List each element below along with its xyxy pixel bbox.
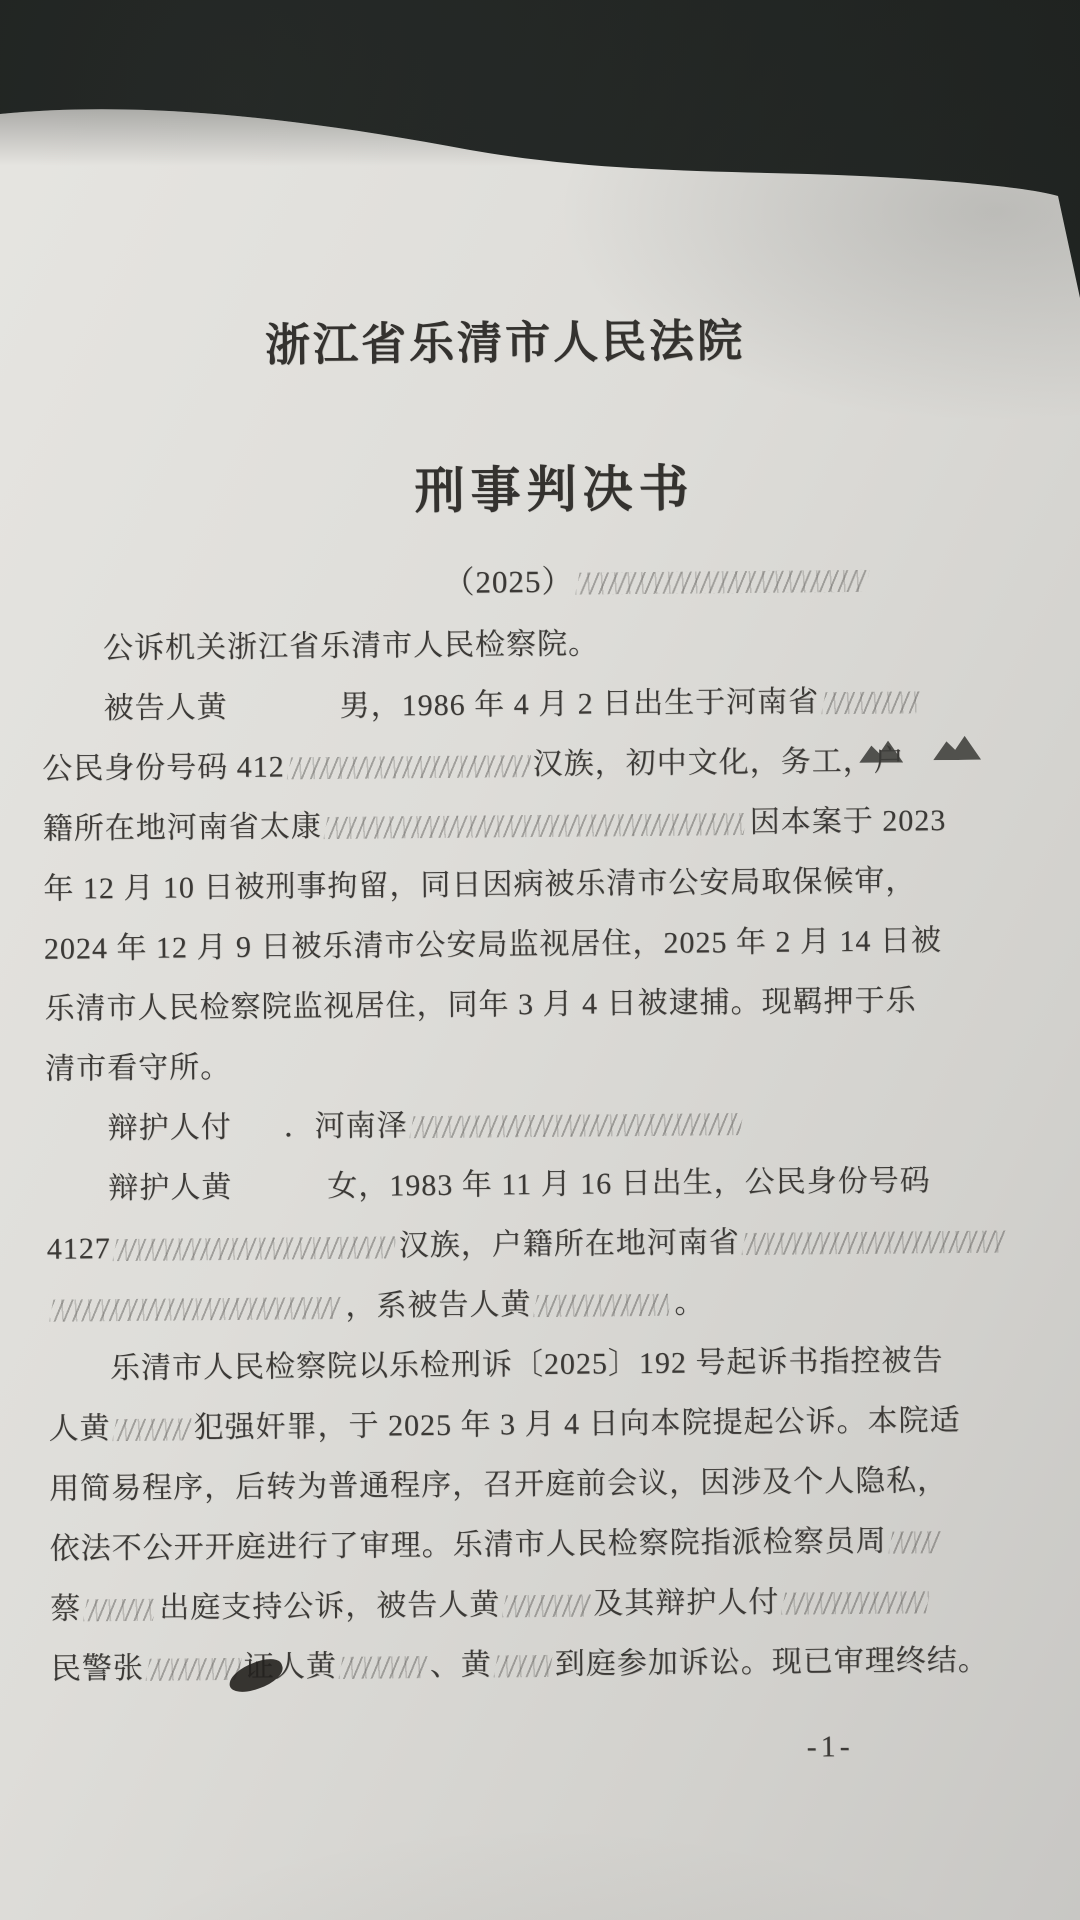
text-segment: 乐清市人民检察院监视居住，同年 3 月 4 日被逮捕。现羁押于乐 xyxy=(44,984,916,1025)
document-line-11: 4127汉族，户籍所在地河南省 xyxy=(47,1210,1043,1280)
document-line-15: 用简易程序，后转为普通程序，召开庭前会议，因涉及个人隐私， xyxy=(49,1450,1045,1520)
case-number-line: （2025） xyxy=(443,553,871,602)
redaction-scribble xyxy=(286,755,530,779)
text-segment: 公民身份号码 412 xyxy=(42,750,285,785)
text-segment: 公诉机关浙江省乐清市人民检察院。 xyxy=(103,627,599,665)
document-line-17: 蔡出庭支持公诉，被告人黄及其辩护人付 xyxy=(50,1570,1046,1640)
redaction-scribble xyxy=(575,570,870,595)
text-segment: 、黄 xyxy=(430,1648,492,1682)
text-segment: 辩护人付 xyxy=(108,1111,232,1145)
text-segment: 因本案于 2023 xyxy=(750,804,947,839)
text-segment: 籍所在地河南省太康 xyxy=(43,810,322,846)
document-line-6: 2024 年 12 月 9 日被乐清市公安局监视居住，2025 年 2 月 14… xyxy=(44,910,1040,980)
redaction-blank xyxy=(232,1135,284,1136)
text-segment: 4127 xyxy=(47,1232,111,1266)
text-segment: 汉族，初中文化，务工，户 xyxy=(533,744,905,781)
text-segment: ，系被告人黄 xyxy=(345,1288,531,1323)
redaction-scribble xyxy=(409,1113,743,1138)
document-line-1: 公诉机关浙江省乐清市人民检察院。 xyxy=(41,610,1037,680)
text-segment: 及其辩护人付 xyxy=(593,1586,779,1621)
document-line-12: ，系被告人黄。 xyxy=(47,1270,1043,1340)
document-line-7: 乐清市人民检察院监视居住，同年 3 月 4 日被逮捕。现羁押于乐 xyxy=(44,970,1040,1040)
text-segment: 出庭支持公诉，被告人黄 xyxy=(159,1588,500,1624)
redaction-scribble xyxy=(821,692,920,715)
document-line-9: 辩护人付．河南泽 xyxy=(45,1090,1041,1160)
text-segment: 依法不公开开庭进行了审理。乐清市人民检察院指派检察员周 xyxy=(50,1525,887,1566)
redaction-scribble xyxy=(781,1592,930,1615)
redaction-blank xyxy=(232,1195,327,1197)
redaction-scribble xyxy=(112,1419,191,1441)
document-line-16: 依法不公开开庭进行了审理。乐清市人民检察院指派检察员周 xyxy=(49,1510,1045,1580)
document-line-3: 公民身份号码 412汉族，初中文化，务工，户 xyxy=(42,730,1038,800)
document-line-4: 籍所在地河南省太康因本案于 2023 xyxy=(43,790,1039,860)
document-line-10: 辩护人黄女，1983 年 11 月 16 日出生，公民身份号码 xyxy=(46,1150,1042,1220)
page-number: -1- xyxy=(806,1730,853,1764)
redaction-scribble xyxy=(49,1297,343,1321)
text-segment: 犯强奸罪，于 2025 年 3 月 4 日向本院提起公诉。本院适 xyxy=(193,1404,960,1444)
text-segment: 到庭参加诉讼。现已审理终结。 xyxy=(555,1644,989,1681)
document-line-8: 清市看守所。 xyxy=(45,1030,1041,1100)
text-segment: 用简易程序，后转为普通程序，召开庭前会议，因涉及个人隐私， xyxy=(49,1464,948,1506)
redaction-scribble xyxy=(338,1657,427,1679)
text-segment: 民警张 xyxy=(51,1652,144,1686)
text-segment: 女，1983 年 11 月 16 日出生，公民身份号码 xyxy=(327,1164,931,1203)
redaction-scribble xyxy=(323,813,747,839)
text-segment: 人黄 xyxy=(48,1412,110,1446)
redaction-scribble xyxy=(493,1655,552,1677)
document-line-13: 乐清市人民检察院以乐检刑诉〔2025〕192 号起诉书指控被告 xyxy=(48,1330,1044,1400)
text-segment: 汉族，户籍所在地河南省 xyxy=(399,1226,740,1262)
document-line-2: 被告人黄男，1986 年 4 月 2 日出生于河南省 xyxy=(41,670,1037,740)
text-segment: 年 12 月 10 日被刑事拘留，同日因病被乐清市公安局取保候审， xyxy=(43,864,916,905)
redaction-scribble xyxy=(502,1595,591,1617)
text-segment: 2024 年 12 月 9 日被乐清市公安局监视居住，2025 年 2 月 14… xyxy=(44,924,942,966)
document-content: 浙江省乐清市人民法院 刑事判决书 （2025） 公诉机关浙江省乐清市人民检察院。… xyxy=(0,0,1080,1920)
redaction-scribble xyxy=(145,1658,241,1681)
text-segment: 被告人黄 xyxy=(103,691,227,725)
text-segment: 辩护人黄 xyxy=(108,1171,232,1205)
redaction-scribble xyxy=(741,1231,1005,1255)
redaction-scribble xyxy=(533,1294,672,1317)
redaction-blank xyxy=(228,715,340,717)
document-type-title: 刑事判决书 xyxy=(14,445,1080,527)
redaction-scribble xyxy=(83,1599,157,1621)
text-segment: （2025） xyxy=(443,564,573,600)
document-line-14: 人黄犯强奸罪，于 2025 年 3 月 4 日向本院提起公诉。本院适 xyxy=(48,1390,1044,1460)
document-line-5: 年 12 月 10 日被刑事拘留，同日因病被乐清市公安局取保候审， xyxy=(43,850,1039,920)
photo-dark-background: 浙江省乐清市人民法院 刑事判决书 （2025） 公诉机关浙江省乐清市人民检察院。… xyxy=(0,0,1080,1920)
text-segment: 乐清市人民检察院以乐检刑诉〔2025〕192 号起诉书指控被告 xyxy=(110,1344,944,1385)
text-segment: ．河南泽 xyxy=(284,1109,408,1143)
court-name-title: 浙江省乐清市人民法院 xyxy=(0,301,1045,376)
text-segment: 男，1986 年 4 月 2 日出生于河南省 xyxy=(339,685,819,723)
text-segment: 。 xyxy=(674,1286,705,1319)
document-body: 公诉机关浙江省乐清市人民检察院。被告人黄男，1986 年 4 月 2 日出生于河… xyxy=(41,610,1046,1700)
redaction-scribble xyxy=(112,1237,396,1261)
text-segment: 清市看守所。 xyxy=(45,1051,231,1086)
text-segment: 蔡 xyxy=(50,1592,81,1625)
redaction-scribble xyxy=(888,1532,940,1554)
document-line-18: 民警张证人黄、黄到庭参加诉讼。现已审理终结。 xyxy=(51,1630,1047,1700)
